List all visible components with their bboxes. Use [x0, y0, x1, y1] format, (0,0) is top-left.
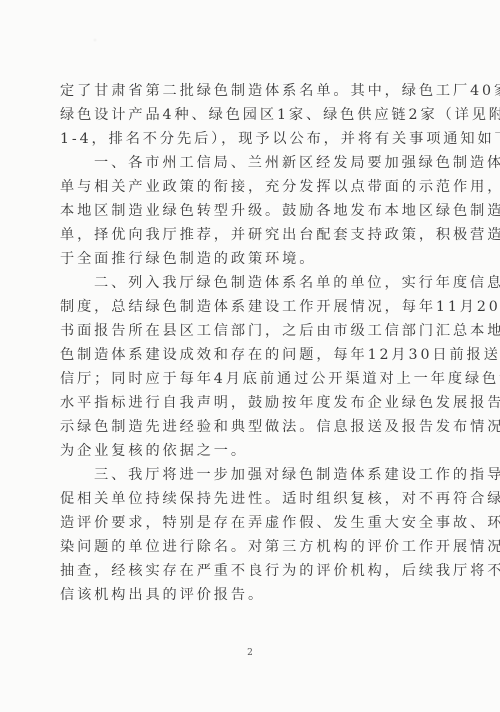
text-line: 色制造体系建设成效和存在的问题，每年12月30日前报送省工: [60, 343, 444, 367]
text-line: 本地区制造业绿色转型升级。鼓励各地发布本地区绿色制造名: [60, 199, 444, 223]
text-line: 信厅；同时应于每年4月底前通过公开渠道对上一年度绿色制造: [60, 367, 444, 391]
text-line: 造评价要求，特别是存在弄虚作假、发生重大安全事故、环境污: [60, 511, 444, 535]
text-line: 于全面推行绿色制造的政策环境。: [60, 247, 444, 271]
text-line: 绿色设计产品4种、绿色园区1家、绿色供应链2家（详见附件: [60, 103, 444, 127]
text-line: 为企业复核的依据之一。: [60, 439, 444, 463]
text-line: 定了甘肃省第二批绿色制造体系名单。其中，绿色工厂40家、: [60, 79, 444, 103]
section-three-heading-line: 三、我厅将进一步加强对绿色制造体系建设工作的指导，督: [60, 463, 444, 487]
text-line: 1-4，排名不分先后），现予以公布，并将有关事项通知如下：: [60, 127, 444, 151]
text-line: 抽查，经核实存在严重不良行为的评价机构，后续我厅将不再采: [60, 559, 444, 583]
text-line: 水平指标进行自我声明，鼓励按年度发布企业绿色发展报告，展: [60, 391, 444, 415]
text-line: 单与相关产业政策的衔接，充分发挥以点带面的示范作用，引领: [60, 175, 444, 199]
section-two-heading-line: 二、列入我厅绿色制造体系名单的单位，实行年度信息报送: [60, 271, 444, 295]
section-one-heading-line: 一、各市州工信局、兰州新区经发局要加强绿色制造体系名: [60, 151, 444, 175]
page-number: 2: [0, 648, 500, 658]
document-body: 定了甘肃省第二批绿色制造体系名单。其中，绿色工厂40家、 绿色设计产品4种、绿色…: [60, 79, 444, 607]
document-page: 定了甘肃省第二批绿色制造体系名单。其中，绿色工厂40家、 绿色设计产品4种、绿色…: [0, 0, 500, 712]
text-line: 书面报告所在县区工信部门，之后由市级工信部门汇总本地区绿: [60, 319, 444, 343]
text-line: 促相关单位持续保持先进性。适时组织复核，对不再符合绿色制: [60, 487, 444, 511]
text-line: 单，择优向我厅推荐，并研究出台配套支持政策，积极营造有利: [60, 223, 444, 247]
text-line: 信该机构出具的评价报告。: [60, 583, 444, 607]
text-line: 示绿色制造先进经验和典型做法。信息报送及报告发布情况将作: [60, 415, 444, 439]
text-line: 制度，总结绿色制造体系建设工作开展情况，每年11月20日前: [60, 295, 444, 319]
text-line: 染问题的单位进行除名。对第三方机构的评价工作开展情况进行: [60, 535, 444, 559]
